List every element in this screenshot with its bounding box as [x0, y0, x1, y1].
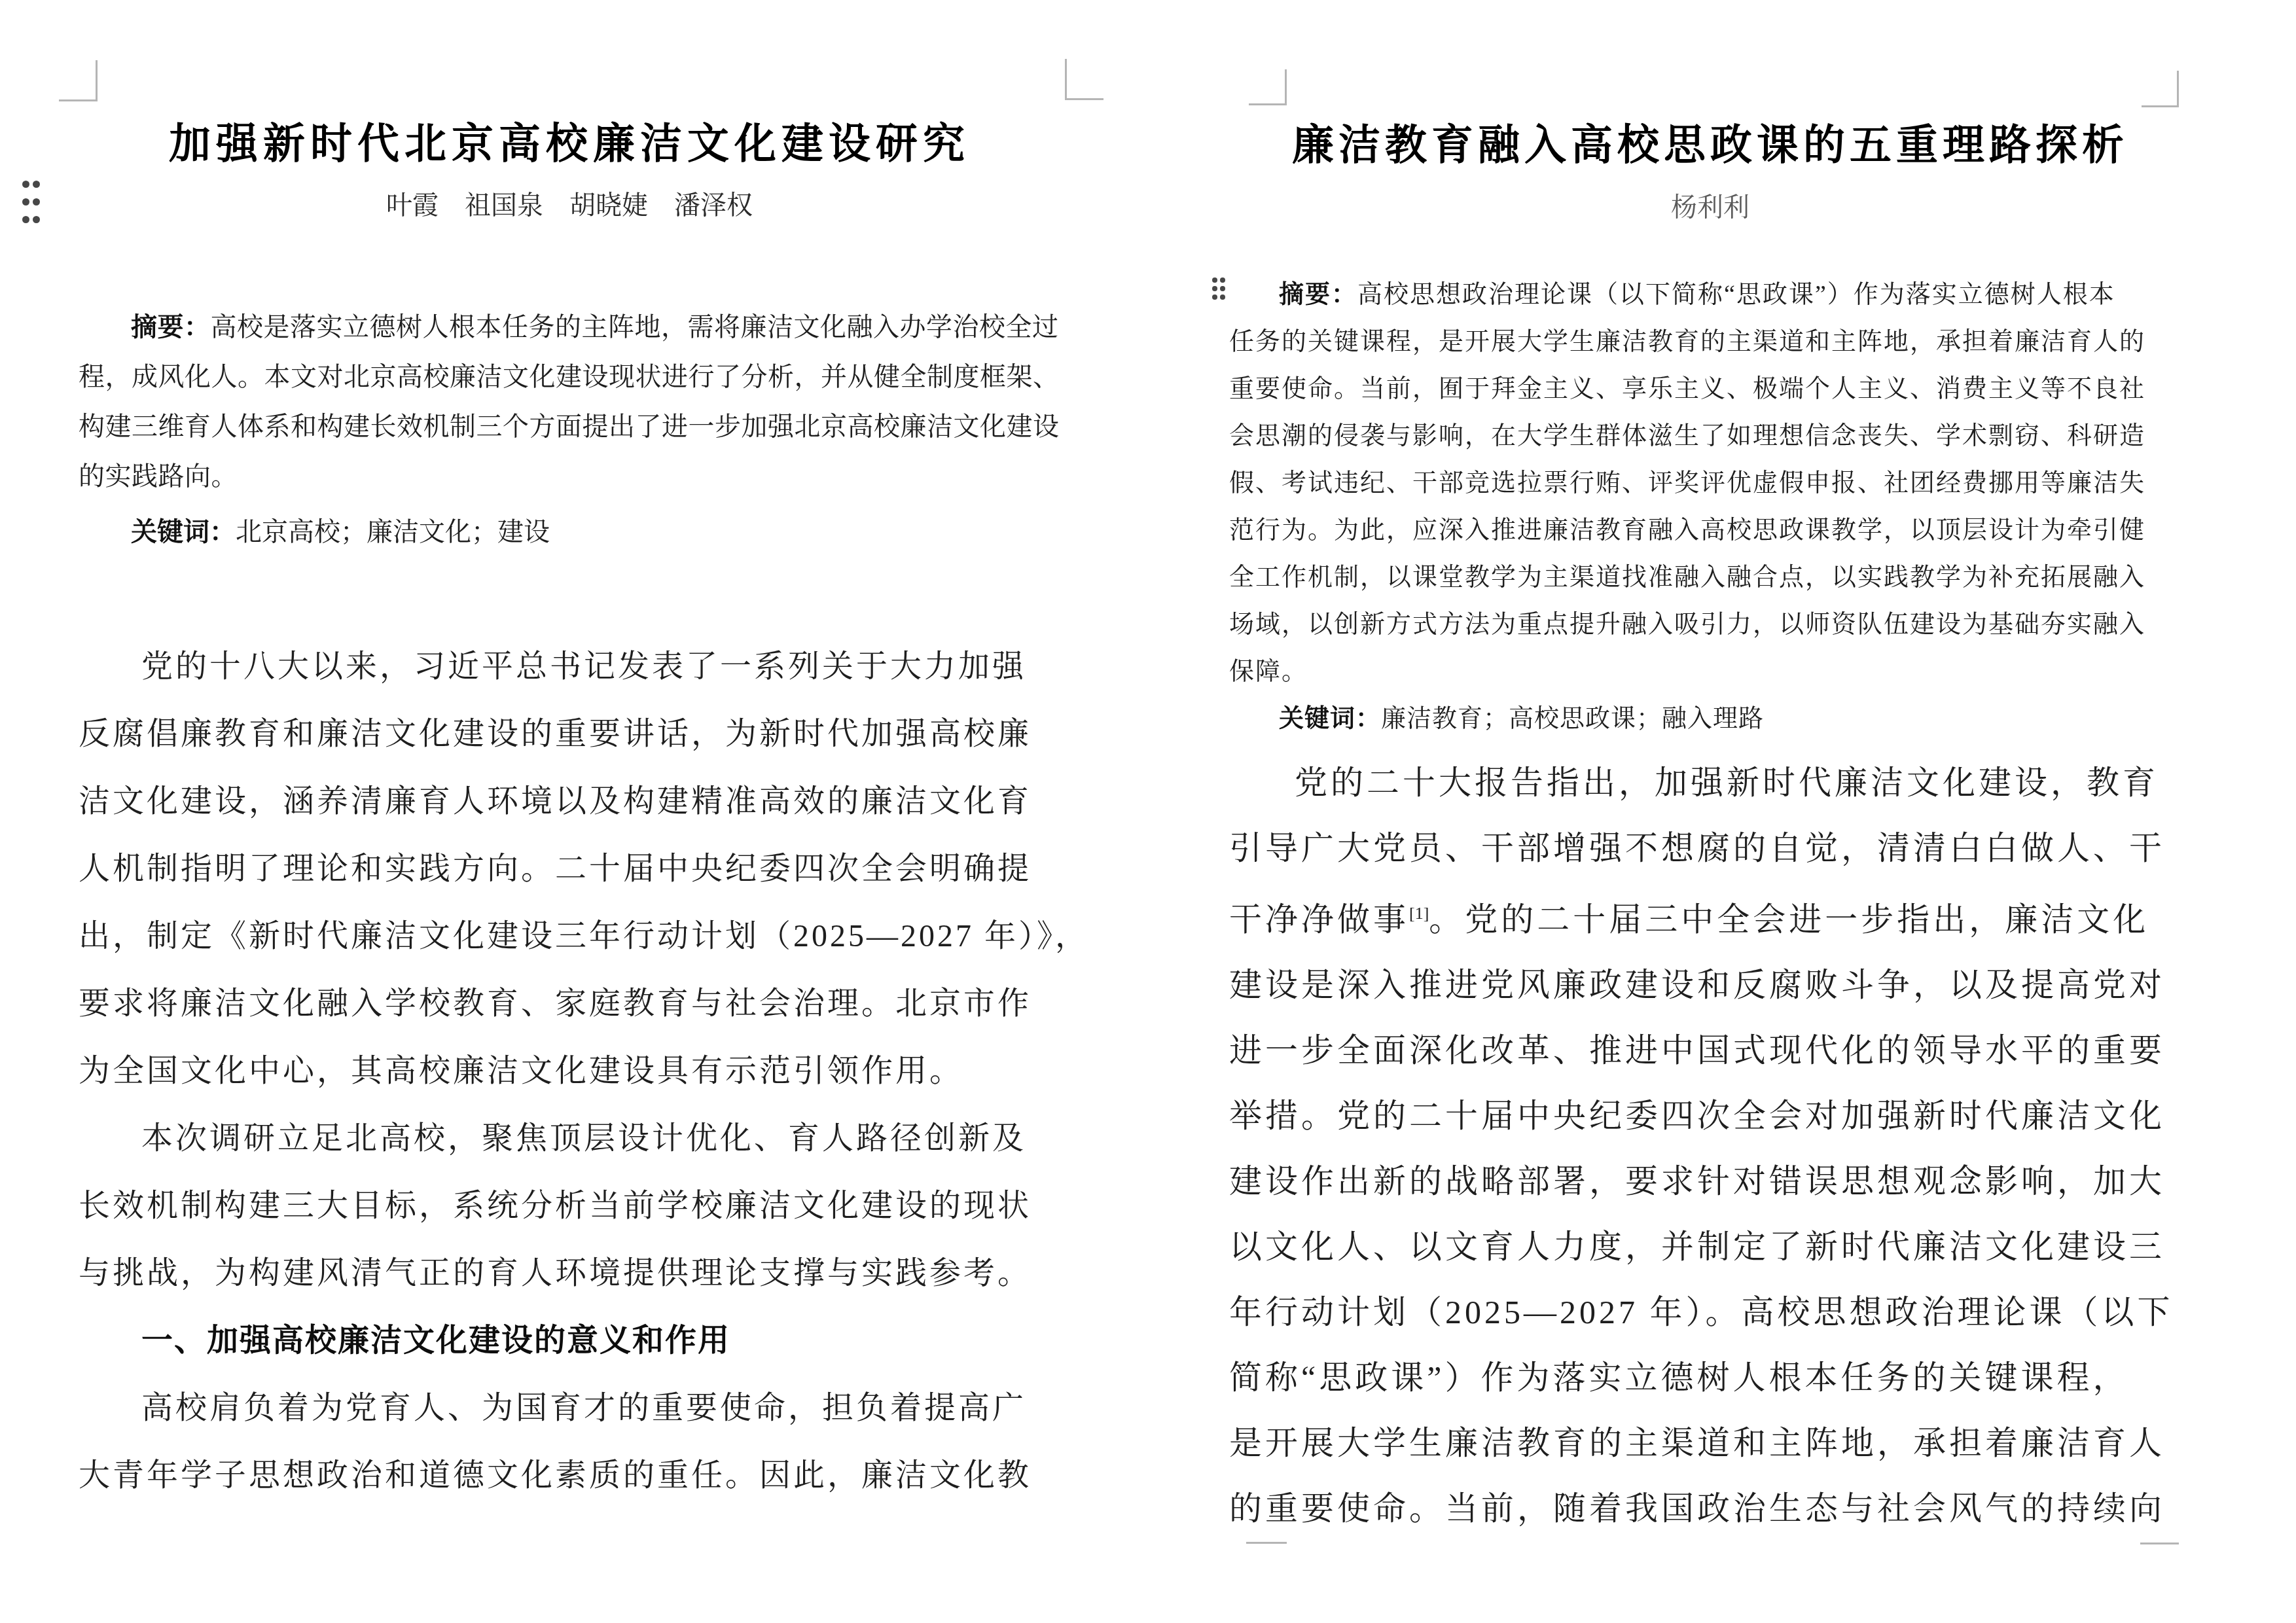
- abstract-line: 的实践路向。: [79, 452, 1060, 501]
- body-line: 简称“思政课”）作为落实立德树人根本任务的关键课程，: [1229, 1345, 2191, 1410]
- body-line: 举措。党的二十届中央纪委四次全会对加强新时代廉洁文化: [1229, 1083, 2191, 1149]
- handle-dot: [1220, 286, 1225, 291]
- abstract-line: 会思潮的侵袭与影响，在大学生群体滋生了如理想信念丧失、学术剽窃、科研造: [1229, 412, 2191, 459]
- handle-dot: [1220, 294, 1225, 300]
- margin-crop-mark: [1065, 98, 1103, 100]
- handle-dot: [22, 198, 29, 205]
- abstract-block: 摘要：高校思想政治理论课（以下简称“思政课”）作为落实立德树人根本 任务的关键课…: [1229, 271, 2191, 695]
- body-line: 干净净做事[1]。党的二十届三中全会进一步指出，廉洁文化: [1229, 881, 2191, 952]
- left-document-page: 加强新时代北京高校廉洁文化建设研究 叶霞 祖国泉 胡晓婕 潘泽权 摘要：高校是落…: [79, 0, 1060, 1623]
- section-heading: 一、加强高校廉洁文化建设的意义和作用: [79, 1307, 1060, 1374]
- abstract-text: 高校思想政治理论课（以下简称“思政课”）作为落实立德树人根本: [1357, 281, 2115, 308]
- page-title: 加强新时代北京高校廉洁文化建设研究: [79, 110, 1060, 170]
- body-line: 党的十八大以来，习近平总书记发表了一系列关于大力加强: [79, 633, 1060, 700]
- footnote-reference: [1]: [1409, 904, 1429, 923]
- body-line: 大青年学子思想政治和道德文化素质的重任。因此，廉洁文化教: [79, 1442, 1060, 1509]
- handle-dot: [33, 181, 40, 188]
- abstract-line: 保障。: [1229, 648, 2191, 695]
- abstract-block: 摘要：高校是落实立德树人根本任务的主阵地，需将廉洁文化融入办学治校全过 程，成风…: [79, 302, 1060, 501]
- page-title: 廉洁教育融入高校思政课的五重理路探析: [1229, 111, 2191, 171]
- handle-dot: [33, 198, 40, 205]
- body-line: 的重要使命。当前，随着我国政治生态与社会风气的持续向: [1229, 1476, 2191, 1541]
- abstract-line: 假、考试违纪、干部竞选拉票行贿、评奖评优虚假申报、社团经费挪用等廉洁失: [1229, 459, 2191, 507]
- body-line: 人机制指明了理论和实践方向。二十届中央纪委四次全会明确提: [79, 835, 1060, 902]
- body-line: 以文化人、以文育人力度，并制定了新时代廉洁文化建设三: [1229, 1214, 2191, 1279]
- abstract-line: 全工作机制，以课堂教学为主渠道找准融入融合点，以实践教学为补充拓展融入: [1229, 554, 2191, 601]
- drag-handle-icon[interactable]: [1212, 277, 1225, 300]
- drag-handle-icon[interactable]: [22, 181, 40, 223]
- body-line: 建设作出新的战略部署，要求针对错误思想观念影响，加大: [1229, 1149, 2191, 1214]
- abstract-label: 摘要：: [1279, 281, 1357, 308]
- body-line: 本次调研立足北高校，聚焦顶层设计优化、育人路径创新及: [79, 1105, 1060, 1172]
- document-canvas: { "left_page": { "title": "加强新时代北京高校廉洁文化…: [0, 0, 2296, 1623]
- handle-dot: [1212, 277, 1217, 283]
- abstract-text: 高校是落实立德树人根本任务的主阵地，需将廉洁文化融入办学治校全过: [211, 312, 1059, 342]
- abstract-line: 范行为。为此，应深入推进廉洁教育融入高校思政课教学，以顶层设计为牵引健: [1229, 507, 2191, 554]
- body-line: 进一步全面深化改革、推进中国式现代化的领导水平的重要: [1229, 1018, 2191, 1083]
- abstract-line: 重要使命。当前，囿于拜金主义、享乐主义、极端个人主义、消费主义等不良社: [1229, 365, 2191, 412]
- authors-line: 杨利利: [1229, 187, 2191, 224]
- body-text-segment: 干净净做事: [1229, 901, 1409, 938]
- body-line: 洁文化建设，涵养清廉育人环境以及构建精准高效的廉洁文化育: [79, 768, 1060, 835]
- body-line: 与挑战，为构建风清气正的育人环境提供理论支撑与实践参考。: [79, 1240, 1060, 1307]
- abstract-line: 场域，以创新方式方法为重点提升融入吸引力，以师资队伍建设为基础夯实融入: [1229, 601, 2191, 648]
- keywords-text: 北京高校；廉洁文化；建设: [236, 517, 550, 546]
- handle-dot: [22, 216, 29, 223]
- body-line: 要求将廉洁文化融入学校教育、家庭教育与社会治理。北京市作: [79, 970, 1060, 1037]
- body-line: 建设是深入推进党风廉政建设和反腐败斗争，以及提高党对: [1229, 952, 2191, 1018]
- handle-dot: [1212, 294, 1217, 300]
- keywords-block: 关键词：廉洁教育；高校思政课；融入理路: [1229, 695, 2191, 742]
- keywords-label: 关键词：: [131, 518, 236, 546]
- abstract-line: 摘要：高校是落实立德树人根本任务的主阵地，需将廉洁文化融入办学治校全过: [79, 302, 1060, 352]
- body-text-block: 党的十八大以来，习近平总书记发表了一系列关于大力加强 反腐倡廉教育和廉洁文化建设…: [79, 633, 1060, 1509]
- body-line: 反腐倡廉教育和廉洁文化建设的重要讲话，为新时代加强高校廉: [79, 700, 1060, 768]
- margin-crop-mark: [1065, 59, 1067, 100]
- body-line: 党的二十大报告指出，加强新时代廉洁文化建设，教育: [1229, 750, 2191, 815]
- abstract-line: 程，成风化人。本文对北京高校廉洁文化建设现状进行了分析，并从健全制度框架、: [79, 352, 1060, 402]
- abstract-line: 任务的关键课程，是开展大学生廉洁教育的主渠道和主阵地，承担着廉洁育人的: [1229, 318, 2191, 365]
- keywords-block: 关键词：北京高校；廉洁文化；建设: [79, 507, 1060, 557]
- handle-dot: [33, 216, 40, 223]
- abstract-line: 构建三维育人体系和构建长效机制三个方面提出了进一步加强北京高校廉洁文化建设: [79, 402, 1060, 452]
- keywords-label: 关键词：: [1279, 705, 1381, 732]
- body-text-block: 党的二十大报告指出，加强新时代廉洁文化建设，教育 引导广大党员、干部增强不想腐的…: [1229, 750, 2191, 1541]
- abstract-line: 摘要：高校思想政治理论课（以下简称“思政课”）作为落实立德树人根本: [1229, 271, 2191, 318]
- body-text-segment: 。党的二十届三中全会进一步指出，廉洁文化: [1429, 901, 2149, 938]
- handle-dot: [1220, 277, 1225, 283]
- body-line: 长效机制构建三大目标，系统分析当前学校廉洁文化建设的现状: [79, 1172, 1060, 1240]
- body-line: 为全国文化中心，其高校廉洁文化建设具有示范引领作用。: [79, 1037, 1060, 1105]
- keywords-text: 廉洁教育；高校思政课；融入理路: [1381, 705, 1764, 732]
- right-document-page: 廉洁教育融入高校思政课的五重理路探析 杨利利 摘要：高校思想政治理论课（以下简称…: [1229, 0, 2191, 1623]
- body-line: 引导广大党员、干部增强不想腐的自觉，清清白白做人、干: [1229, 815, 2191, 881]
- body-line: 高校肩负着为党育人、为国育才的重要使命，担负着提高广: [79, 1374, 1060, 1442]
- abstract-label: 摘要：: [131, 313, 211, 342]
- body-line: 年行动计划（2025—2027 年）。高校思想政治理论课（以下: [1229, 1279, 2191, 1345]
- body-line: 出，制定《新时代廉洁文化建设三年行动计划（2025—2027 年）》，: [79, 902, 1060, 970]
- handle-dot: [1212, 286, 1217, 291]
- handle-dot: [22, 181, 29, 188]
- authors-line: 叶霞 祖国泉 胡晓婕 潘泽权: [79, 185, 1060, 222]
- body-line: 是开展大学生廉洁教育的主渠道和主阵地，承担着廉洁育人: [1229, 1410, 2191, 1476]
